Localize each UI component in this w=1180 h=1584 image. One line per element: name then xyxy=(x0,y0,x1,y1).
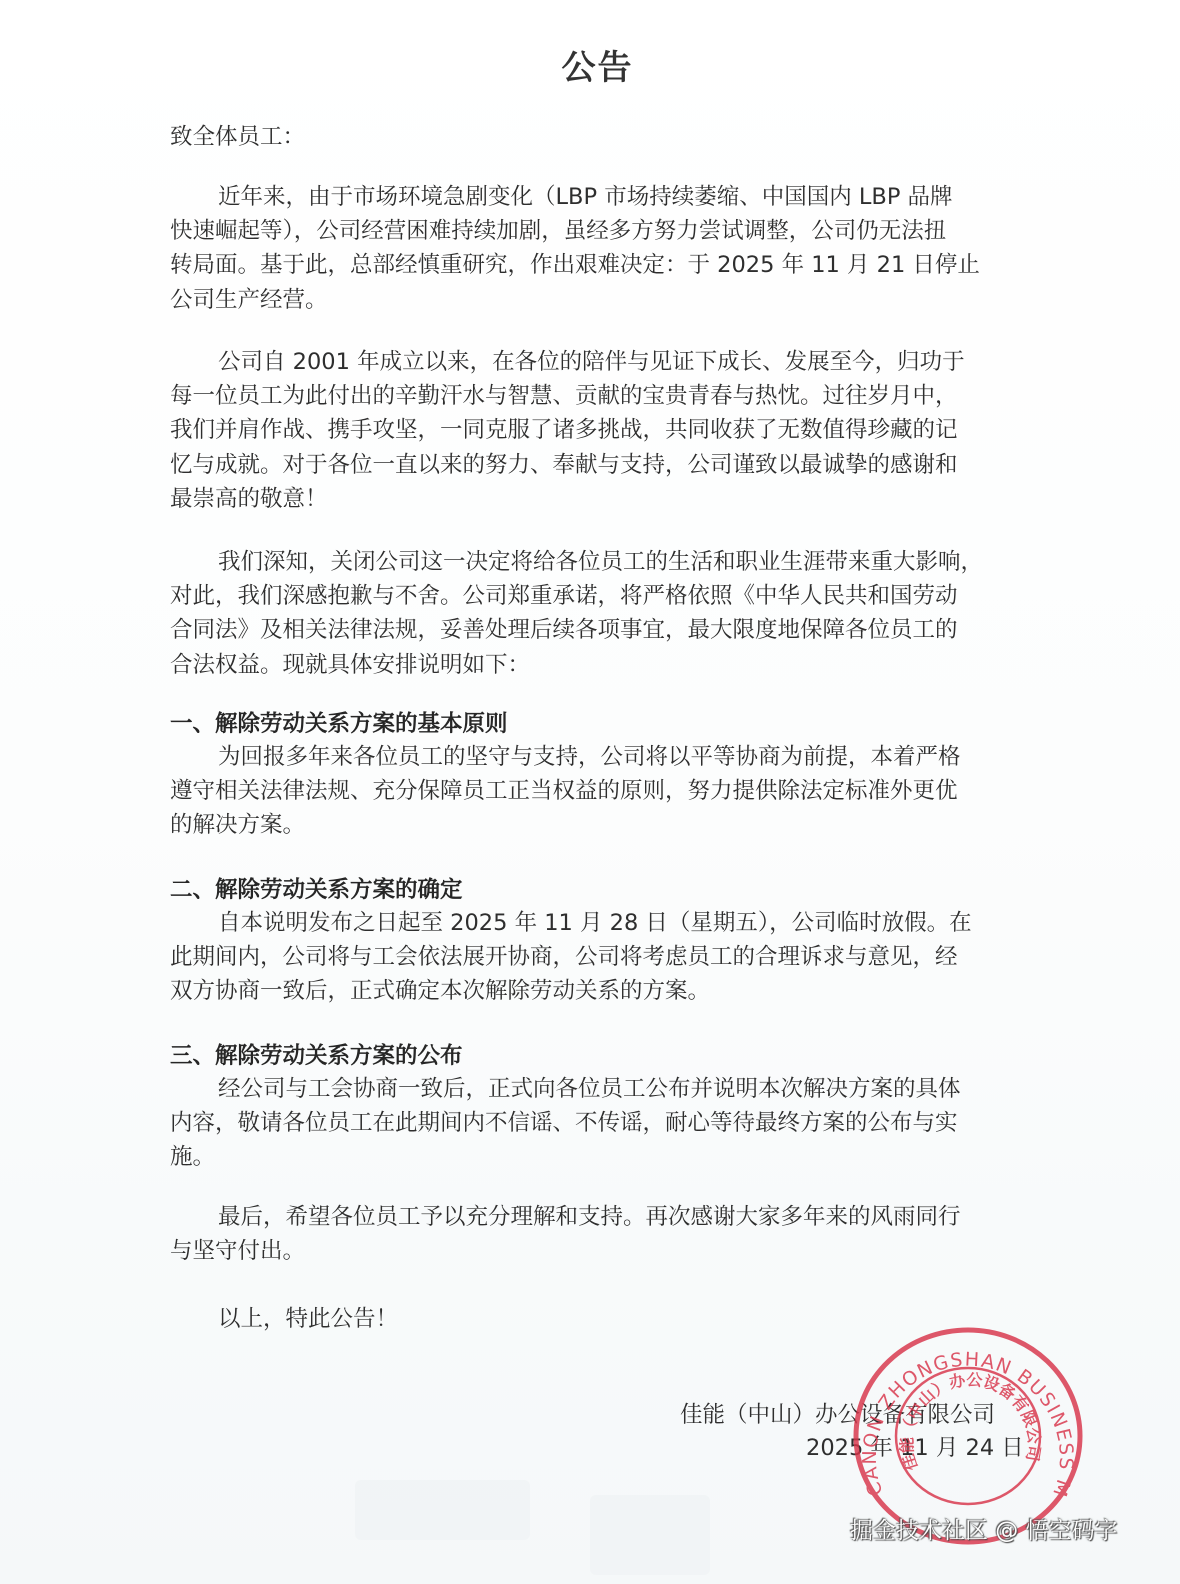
paragraph-line: 每一位员工为此付出的辛勤汗水与智慧、贡献的宝贵青春与热忱。过往岁月中， xyxy=(170,379,1028,413)
paragraph-line: 的解决方案。 xyxy=(170,808,1028,842)
paragraph-market-change: 近年来，由于市场环境急剧变化（LBP 市场持续萎缩、中国国内 LBP 品牌 快速… xyxy=(170,180,1028,317)
paragraph-line: 我们深知，关闭公司这一决定将给各位员工的生活和职业生涯带来重大影响， xyxy=(170,545,1028,579)
scan-smudge xyxy=(355,1480,530,1540)
paragraph-line: 双方协商一致后，正式确定本次解除劳动关系的方案。 xyxy=(170,974,1028,1008)
paragraph-line: 近年来，由于市场环境急剧变化（LBP 市场持续萎缩、中国国内 LBP 品牌 xyxy=(170,180,1028,214)
signature-company: 佳能（中山）办公设备有限公司 xyxy=(680,1397,995,1429)
paragraph-line: 施。 xyxy=(170,1140,1028,1174)
section-heading-text: 一、解除劳动关系方案的基本原则 xyxy=(170,707,1028,741)
paragraph-line: 最崇高的敬意！ xyxy=(170,482,1028,516)
salutation: 致全体员工： xyxy=(170,120,1028,154)
section-heading-3: 三、解除劳动关系方案的公布 xyxy=(170,1039,1028,1073)
section-heading-text: 二、解除劳动关系方案的确定 xyxy=(170,873,1028,907)
paragraph-line: 为回报多年来各位员工的坚守与支持，公司将以平等协商为前提，本着严格 xyxy=(170,740,1028,774)
paragraph-line: 合同法》及相关法律法规，妥善处理后续各项事宜，最大限度地保障各位员工的 xyxy=(170,613,1028,647)
signature-date: 2025 年 11 月 24 日 xyxy=(806,1430,1024,1462)
paragraph-line: 自本说明发布之日起至 2025 年 11 月 28 日（星期五），公司临时放假。… xyxy=(170,906,1028,940)
paragraph-line: 公司自 2001 年成立以来，在各位的陪伴与见证下成长、发展至今，归功于 xyxy=(170,345,1028,379)
paragraph-line: 快速崛起等），公司经营困难持续加剧，虽经多方努力尝试调整，公司仍无法扭 xyxy=(170,214,1028,248)
paragraph-line: 内容，敬请各位员工在此期间内不信谣、不传谣，耐心等待最终方案的公布与实 xyxy=(170,1106,1028,1140)
section-heading-1: 一、解除劳动关系方案的基本原则 xyxy=(170,707,1028,741)
section-heading-2: 二、解除劳动关系方案的确定 xyxy=(170,873,1028,907)
closing-text: 以上，特此公告！ xyxy=(170,1302,1028,1336)
scan-smudge xyxy=(590,1495,710,1575)
paragraph-gratitude: 公司自 2001 年成立以来，在各位的陪伴与见证下成长、发展至今，归功于 每一位… xyxy=(170,345,1028,516)
section-body-1: 为回报多年来各位员工的坚守与支持，公司将以平等协商为前提，本着严格 遵守相关法律… xyxy=(170,740,1028,843)
paragraph-line: 最后，希望各位员工予以充分理解和支持。再次感谢大家多年来的风雨同行 xyxy=(170,1200,1028,1234)
salutation-text: 致全体员工： xyxy=(170,120,1028,154)
paragraph-line: 合法权益。现就具体安排说明如下： xyxy=(170,648,1028,682)
watermark: 掘金技术社区 @ 悟空码字 xyxy=(850,1512,1118,1545)
paragraph-line: 公司生产经营。 xyxy=(170,283,1028,317)
paragraph-line: 与坚守付出。 xyxy=(170,1234,1028,1268)
section-body-2: 自本说明发布之日起至 2025 年 11 月 28 日（星期五），公司临时放假。… xyxy=(170,906,1028,1009)
paragraph-line: 遵守相关法律法规、充分保障员工正当权益的原则，努力提供除法定标准外更优 xyxy=(170,774,1028,808)
paragraph-line: 转局面。基于此，总部经慎重研究，作出艰难决定：于 2025 年 11 月 21 … xyxy=(170,248,1028,282)
paragraph-line: 我们并肩作战、携手攻坚，一同克服了诸多挑战，共同收获了无数值得珍藏的记 xyxy=(170,413,1028,447)
paragraph-line: 此期间内，公司将与工会依法展开协商，公司将考虑员工的合理诉求与意见，经 xyxy=(170,940,1028,974)
paragraph-line: 忆与成就。对于各位一直以来的努力、奉献与支持，公司谨致以最诚挚的感谢和 xyxy=(170,448,1028,482)
section-body-3: 经公司与工会协商一致后，正式向各位员工公布并说明本次解决方案的具体 内容，敬请各… xyxy=(170,1072,1028,1175)
closing: 以上，特此公告！ xyxy=(170,1302,1028,1336)
paragraph-commitment: 我们深知，关闭公司这一决定将给各位员工的生活和职业生涯带来重大影响， 对此，我们… xyxy=(170,545,1028,682)
section-heading-text: 三、解除劳动关系方案的公布 xyxy=(170,1039,1028,1073)
document-title: 公告 xyxy=(0,40,1180,89)
paragraph-line: 经公司与工会协商一致后，正式向各位员工公布并说明本次解决方案的具体 xyxy=(170,1072,1028,1106)
paragraph-line: 对此，我们深感抱歉与不舍。公司郑重承诺，将严格依照《中华人民共和国劳动 xyxy=(170,579,1028,613)
document-page: 公告 致全体员工： 近年来，由于市场环境急剧变化（LBP 市场持续萎缩、中国国内… xyxy=(0,0,1180,1584)
paragraph-final: 最后，希望各位员工予以充分理解和支持。再次感谢大家多年来的风雨同行 与坚守付出。 xyxy=(170,1200,1028,1268)
